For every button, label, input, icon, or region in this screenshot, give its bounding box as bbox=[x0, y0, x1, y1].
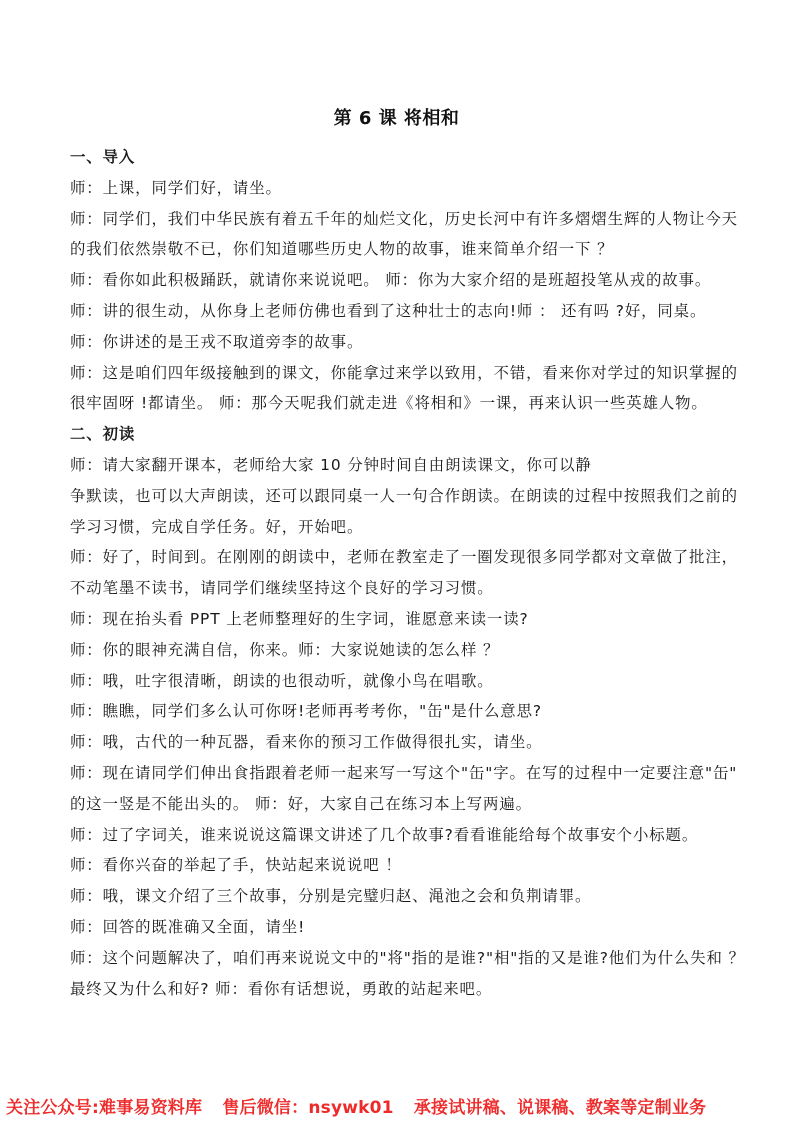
paragraph-line: 争默读，也可以大声朗读，还可以跟同桌一人一句合作朗读。在朗读的过程中按照我们之前… bbox=[70, 481, 730, 512]
paragraph-line: 的我们依然崇敬不已，你们知道哪些历史人物的故事，谁来简单介绍一下 ？ bbox=[70, 234, 730, 265]
footer-wechat-text: 售后微信：nsywk01 bbox=[222, 1098, 393, 1118]
paragraph-line: 师：哦，课文介绍了三个故事，分别是完璧归赵、渑池之会和负荆请罪。 bbox=[70, 881, 730, 912]
footer-service-text: 承接试讲稿、说课稿、教案等定制业务 bbox=[414, 1098, 706, 1118]
paragraph-line: 师：你的眼神充满自信，你来。师：大家说她读的怎么样 ？ bbox=[70, 635, 730, 666]
paragraph-line: 师：哦，古代的一种瓦器，看来你的预习工作做得很扎实，请坐。 bbox=[70, 727, 730, 758]
paragraph-line: 师：你讲述的是王戎不取道旁李的故事。 bbox=[70, 327, 730, 358]
paragraph-line: 最终又为什么和好? 师：看你有话想说，勇敢的站起来吧。 bbox=[70, 974, 730, 1005]
paragraph-line: 很牢固呀 !都请坐。 师：那今天呢我们就走进《将相和》一课，再来认识一些英雄人物… bbox=[70, 388, 730, 419]
paragraph-line: 师：好了，时间到。在刚刚的朗读中，老师在教室走了一圈发现很多同学都对文章做了批注… bbox=[70, 542, 730, 573]
paragraph-line: 师：看你兴奋的举起了手，快站起来说说吧 ！ bbox=[70, 850, 730, 881]
paragraph-line: 师：回答的既准确又全面，请坐! bbox=[70, 912, 730, 943]
document-page: 第 6 课 将相和 一、导入 师：上课，同学们好，请坐。 师：同学们，我们中华民… bbox=[0, 0, 793, 1122]
section-heading-first-reading: 二、初读 bbox=[70, 419, 730, 450]
paragraph-line: 师：同学们，我们中华民族有着五千年的灿烂文化，历史长河中有许多熠熠生辉的人物让今… bbox=[70, 204, 730, 235]
paragraph-line: 师：这个问题解决了，咱们再来说说文中的"将"指的是谁?"相"指的又是谁?他们为什… bbox=[70, 943, 730, 974]
paragraph-line: 师：这是咱们四年级接触到的课文，你能拿过来学以致用，不错，看来你对学过的知识掌握… bbox=[70, 358, 730, 389]
paragraph-line: 师：现在请同学们伸出食指跟着老师一起来写一写这个"缶"字。在写的过程中一定要注意… bbox=[70, 758, 730, 789]
footer-account-text: 关注公众号:难事易资料库 bbox=[6, 1098, 202, 1118]
paragraph-line: 的这一竖是不能出头的。 师：好，大家自己在练习本上写两遍。 bbox=[70, 789, 730, 820]
paragraph-line: 学习习惯，完成自学任务。好，开始吧。 bbox=[70, 512, 730, 543]
paragraph-line: 师：请大家翻开课本，老师给大家 10 分钟时间自由朗读课文，你可以静 bbox=[70, 450, 730, 481]
lesson-content: 一、导入 师：上课，同学们好，请坐。 师：同学们，我们中华民族有着五千年的灿烂文… bbox=[70, 142, 730, 1004]
lesson-title: 第 6 课 将相和 bbox=[0, 104, 793, 130]
section-heading-intro: 一、导入 bbox=[70, 142, 730, 173]
paragraph-line: 不动笔墨不读书，请同学们继续坚持这个良好的学习习惯。 bbox=[70, 573, 730, 604]
paragraph-line: 师：看你如此积极踊跃，就请你来说说吧。 师：你为大家介绍的是班超投笔从戎的故事。 bbox=[70, 265, 730, 296]
paragraph-line: 师：上课，同学们好，请坐。 bbox=[70, 173, 730, 204]
paragraph-line: 师：讲的很生动，从你身上老师仿佛也看到了这种壮士的志向!师 ： 还有吗 ?好，同… bbox=[70, 296, 730, 327]
paragraph-line: 师：过了字词关，谁来说说这篇课文讲述了几个故事?看看谁能给每个故事安个小标题。 bbox=[70, 820, 730, 851]
footer-banner: 关注公众号:难事易资料库 售后微信：nsywk01 承接试讲稿、说课稿、教案等定… bbox=[0, 1094, 793, 1122]
page-edge-mark bbox=[787, 1082, 791, 1092]
paragraph-line: 师：现在抬头看 PPT 上老师整理好的生字词，谁愿意来读一读? bbox=[70, 604, 730, 635]
paragraph-line: 师：瞧瞧，同学们多么认可你呀!老师再考考你，"缶"是什么意思? bbox=[70, 696, 730, 727]
paragraph-line: 师：哦，吐字很清晰，朗读的也很动听，就像小鸟在唱歌。 bbox=[70, 666, 730, 697]
